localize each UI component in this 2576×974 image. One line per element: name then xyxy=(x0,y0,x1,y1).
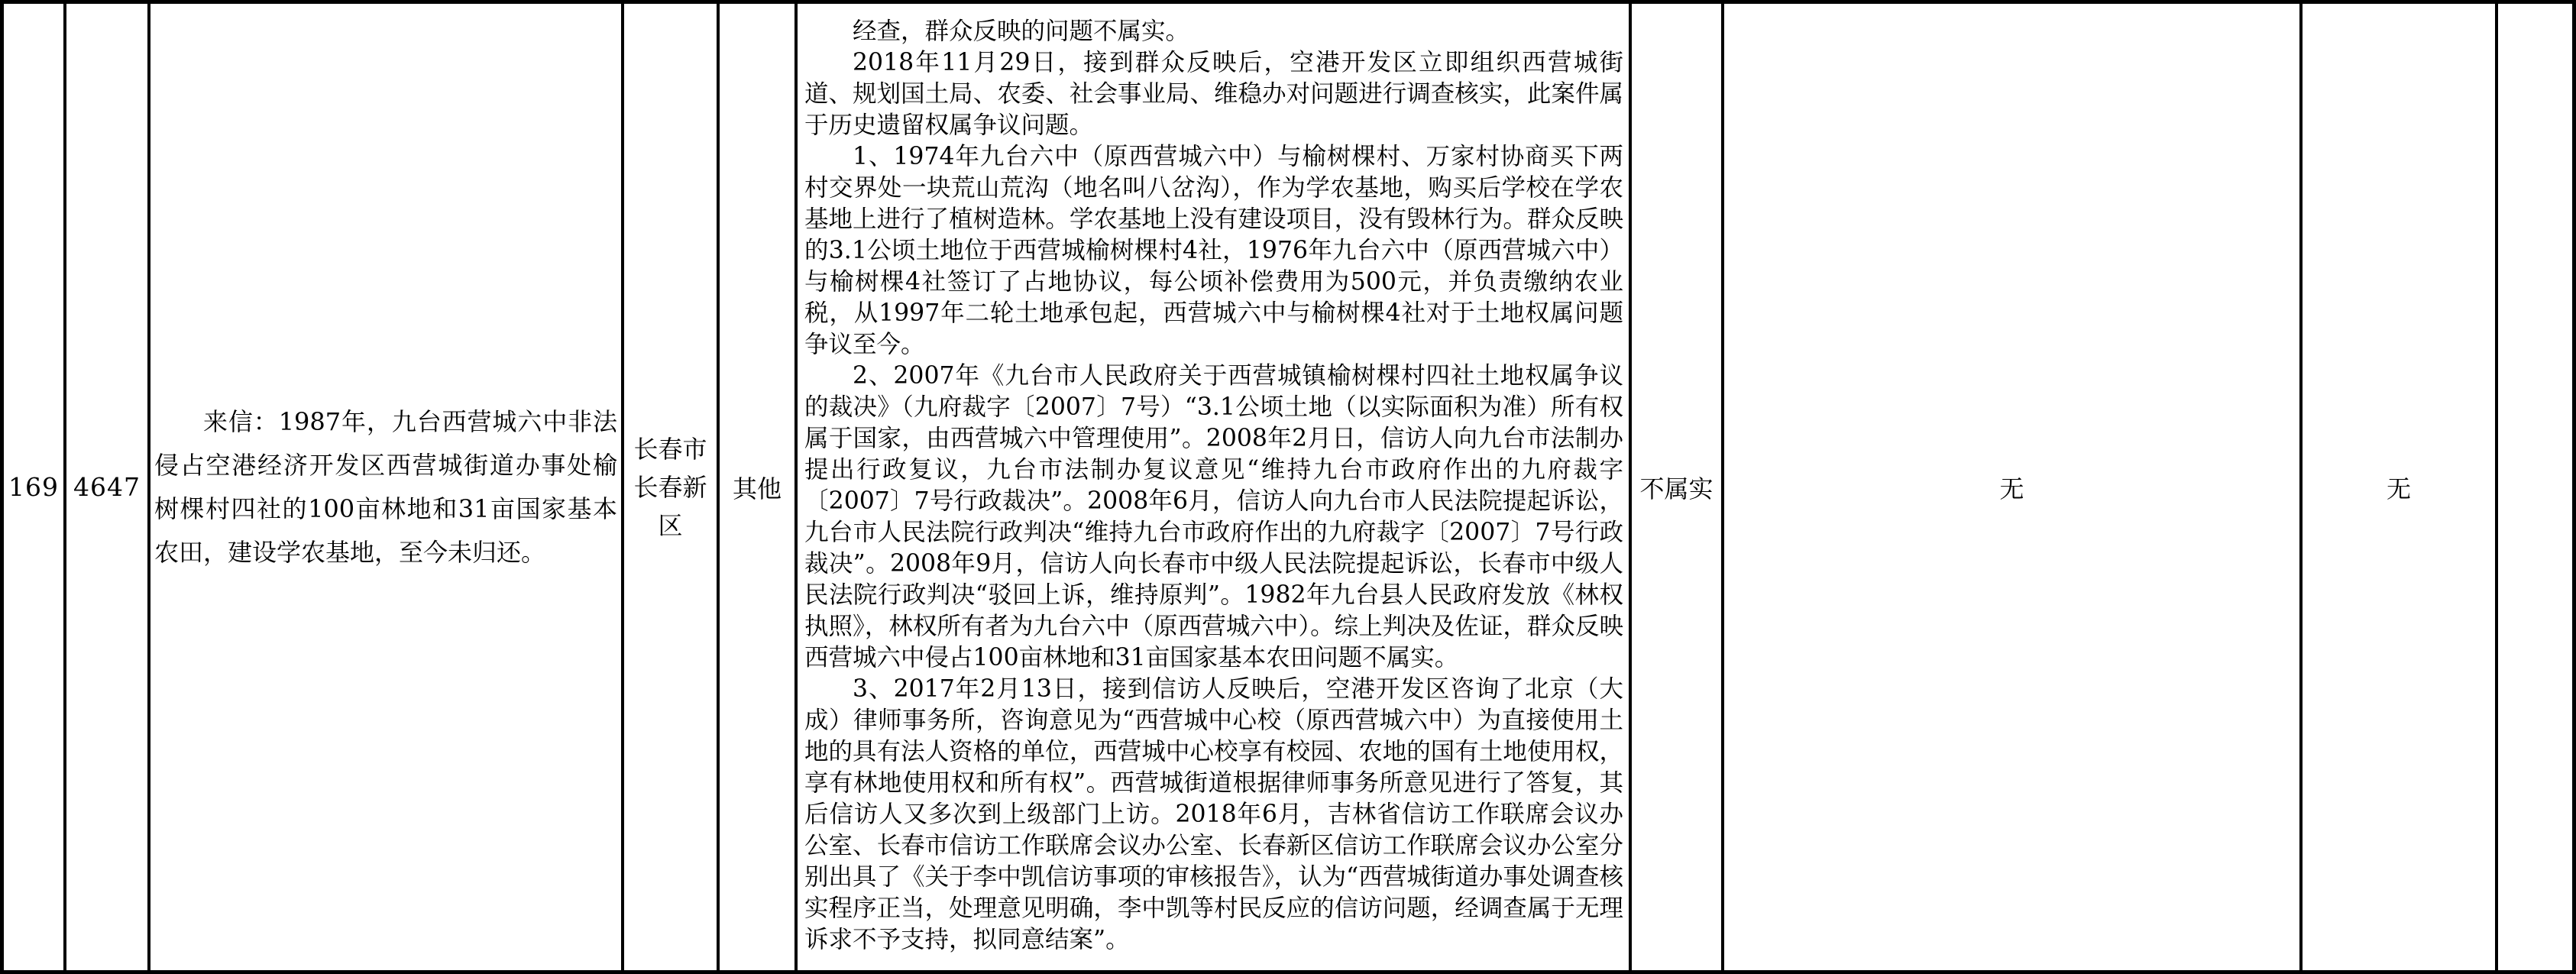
region-value: 长春市长春新区 xyxy=(633,430,709,545)
response-paragraph: 2、2007年《九台市人民政府关于西营城镇榆树棵村四社土地权属争议的裁决》（九府… xyxy=(804,361,1623,674)
cell-case-no: 4647 xyxy=(66,4,147,970)
cell-verify-result: 不属实 xyxy=(1632,4,1721,970)
seq-no-value: 169 xyxy=(8,472,59,502)
col9-value: 无 xyxy=(2387,470,2411,505)
cell-response: 经查，群众反映的问题不属实。 2018年11月29日，接到群众反映后，空港开发区… xyxy=(798,4,1629,970)
verify-result-value: 不属实 xyxy=(1639,470,1713,505)
cell-region: 长春市长春新区 xyxy=(624,4,717,970)
cell-category: 其他 xyxy=(720,4,794,970)
category-value: 其他 xyxy=(733,470,782,505)
cell-empty xyxy=(2498,4,2572,970)
cell-complaint: 来信：1987年，九台西营城六中非法侵占空港经济开发区西营城街道办事处榆树棵村四… xyxy=(150,4,621,970)
cell-col8: 无 xyxy=(1724,4,2299,970)
case-no-value: 4647 xyxy=(73,472,141,502)
document-page: 169 4647 来信：1987年，九台西营城六中非法侵占空港经济开发区西营城街… xyxy=(0,0,2576,974)
col8-value: 无 xyxy=(1999,470,2024,505)
cell-seq-no: 169 xyxy=(4,4,63,970)
response-paragraph: 2018年11月29日，接到群众反映后，空港开发区立即组织西营城街道、规划国土局… xyxy=(804,47,1623,141)
response-paragraph: 3、2017年2月13日，接到信访人反映后，空港开发区咨询了北京（大成）律师事务… xyxy=(804,674,1623,956)
complaint-text: 来信：1987年，九台西营城六中非法侵占空港经济开发区西营城街道办事处榆树棵村四… xyxy=(150,400,621,574)
response-paragraph: 经查，群众反映的问题不属实。 xyxy=(804,16,1623,47)
response-paragraph: 1、1974年九台六中（原西营城六中）与榆树棵村、万家村协商买下两村交界处一块荒… xyxy=(804,141,1623,361)
petition-table-row: 169 4647 来信：1987年，九台西营城六中非法侵占空港经济开发区西营城街… xyxy=(0,0,2576,974)
cell-col9: 无 xyxy=(2303,4,2495,970)
